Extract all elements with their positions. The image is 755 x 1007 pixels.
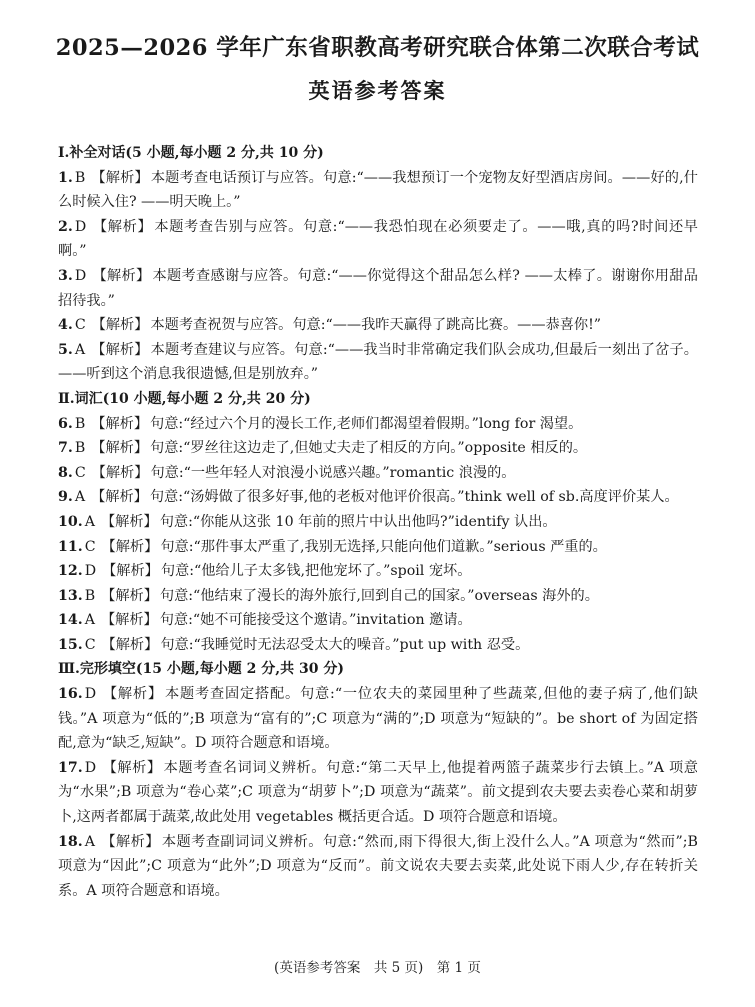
answer-letter: B [75, 416, 85, 432]
analysis-tag: 【解析】 [101, 834, 160, 850]
analysis-tag: 【解析】 [102, 760, 162, 776]
section-vocabulary: Ⅱ.词汇(10 小题,每小题 2 分,共 20 分) 6.B【解析】句意:“经过… [58, 387, 698, 658]
answer-item: 18.A【解析】本题考查副词词义辨析。句意:“然而,雨下得很大,街上没什么人。”… [58, 830, 698, 904]
analysis-text: 本题考查感谢与应答。句意:“——你觉得这个甜品怎么样? ——太棒了。谢谢你用甜品… [58, 268, 698, 309]
analysis-tag: 【解析】 [91, 440, 148, 456]
question-number: 15. [58, 637, 83, 653]
analysis-tag: 【解析】 [91, 416, 148, 432]
analysis-text: 句意:“他给儿子太多钱,把他宠坏了。”spoil 宠坏。 [161, 563, 472, 579]
question-number: 5. [58, 342, 73, 358]
answer-item: 3.D【解析】本题考查感谢与应答。句意:“——你觉得这个甜品怎么样? ——太棒了… [58, 264, 698, 313]
analysis-tag: 【解析】 [102, 637, 159, 653]
answer-item: 9.A【解析】句意:“汤姆做了很多好事,他的老板对他评价很高。”think we… [58, 485, 698, 510]
answer-letter: A [85, 834, 95, 850]
question-number: 17. [58, 760, 83, 776]
analysis-text: 句意:“那件事太严重了,我别无选择,只能向他们道歉。”serious 严重的。 [160, 539, 607, 555]
answer-item: 13.B【解析】句意:“他结束了漫长的海外旅行,回到自己的国家。”oversea… [58, 584, 698, 609]
question-number: 12. [58, 563, 83, 579]
analysis-tag: 【解析】 [102, 563, 159, 579]
document-title: 2025—2026 学年广东省职教高考研究联合体第二次联合考试 [0, 30, 755, 62]
question-number: 3. [58, 268, 73, 284]
analysis-tag: 【解析】 [92, 317, 149, 333]
answer-letter: B [75, 170, 85, 186]
analysis-tag: 【解析】 [91, 342, 149, 358]
answer-letter: A [85, 612, 95, 628]
answer-item: 6.B【解析】句意:“经过六个月的漫长工作,老师们都渴望着假期。”long fo… [58, 412, 698, 437]
answer-letter: B [75, 440, 85, 456]
answer-item: 7.B【解析】句意:“罗丝往这边走了,但她丈夫走了相反的方向。”opposite… [58, 436, 698, 461]
section-heading: Ⅰ.补全对话(5 小题,每小题 2 分,共 10 分) [58, 141, 698, 166]
answer-letter: D [75, 268, 86, 284]
analysis-tag: 【解析】 [101, 612, 158, 628]
answer-item: 17.D【解析】本题考查名词词义辨析。句意:“第二天早上,他提着两篮子蔬菜步行去… [58, 756, 698, 830]
answer-letter: C [85, 539, 96, 555]
section-heading: Ⅲ.完形填空(15 小题,每小题 2 分,共 30 分) [58, 657, 698, 682]
analysis-text: 本题考查电话预订与应答。句意:“——我想预订一个宠物友好型酒店房间。——好的,什… [58, 170, 698, 211]
answer-item: 15.C【解析】句意:“我睡觉时无法忍受太大的噪音。”put up with 忍… [58, 633, 698, 658]
question-number: 7. [58, 440, 73, 456]
section-heading: Ⅱ.词汇(10 小题,每小题 2 分,共 20 分) [58, 387, 698, 412]
answer-letter: A [85, 514, 95, 530]
section-dialogue: Ⅰ.补全对话(5 小题,每小题 2 分,共 10 分) 1.B【解析】本题考查电… [58, 141, 698, 387]
answer-letter: B [85, 588, 95, 604]
analysis-text: 句意:“我睡觉时无法忍受太大的噪音。”put up with 忍受。 [160, 637, 529, 653]
answer-content: Ⅰ.补全对话(5 小题,每小题 2 分,共 10 分) 1.B【解析】本题考查电… [58, 141, 698, 903]
question-number: 4. [58, 317, 73, 333]
analysis-text: 句意:“他结束了漫长的海外旅行,回到自己的国家。”overseas 海外的。 [160, 588, 599, 604]
answer-item: 5.A【解析】本题考查建议与应答。句意:“——我当时非常确定我们队会成功,但最后… [58, 338, 698, 387]
answer-item: 2.D【解析】本题考查告别与应答。句意:“——我恐怕现在必须要走了。——哦,真的… [58, 215, 698, 264]
answer-item: 8.C【解析】句意:“一些年轻人对浪漫小说感兴趣。”romantic 浪漫的。 [58, 461, 698, 486]
analysis-text: 句意:“她不可能接受这个邀请。”invitation 邀请。 [160, 612, 472, 628]
question-number: 16. [58, 686, 83, 702]
question-number: 18. [58, 834, 83, 850]
answer-letter: D [85, 686, 96, 702]
answer-letter: D [75, 219, 86, 235]
question-number: 1. [58, 170, 73, 186]
analysis-tag: 【解析】 [101, 588, 158, 604]
page-footer: (英语参考答案 共 5 页) 第 1 页 [0, 956, 755, 976]
answer-item: 11.C【解析】句意:“那件事太严重了,我别无选择,只能向他们道歉。”serio… [58, 535, 698, 560]
question-number: 6. [58, 416, 73, 432]
answer-item: 12.D【解析】句意:“他给儿子太多钱,把他宠坏了。”spoil 宠坏。 [58, 559, 698, 584]
answer-letter: C [75, 317, 86, 333]
document-subtitle: 英语参考答案 [0, 75, 755, 105]
answer-letter: A [75, 489, 85, 505]
analysis-tag: 【解析】 [91, 170, 149, 186]
analysis-tag: 【解析】 [101, 514, 158, 530]
analysis-text: 本题考查告别与应答。句意:“——我恐怕现在必须要走了。——哦,真的吗?时间还早啊… [58, 219, 698, 260]
question-number: 11. [58, 539, 83, 555]
answer-letter: D [85, 563, 96, 579]
analysis-tag: 【解析】 [91, 489, 148, 505]
answer-item: 1.B【解析】本题考查电话预订与应答。句意:“——我想预订一个宠物友好型酒店房间… [58, 166, 698, 215]
analysis-text: 本题考查建议与应答。句意:“——我当时非常确定我们队会成功,但最后一刻出了岔子。… [58, 342, 698, 383]
question-number: 8. [58, 465, 73, 481]
answer-letter: C [75, 465, 86, 481]
question-number: 10. [58, 514, 83, 530]
analysis-text: 句意:“经过六个月的漫长工作,老师们都渴望着假期。”long for 渴望。 [150, 416, 582, 432]
answer-letter: D [85, 760, 96, 776]
analysis-text: 句意:“一些年轻人对浪漫小说感兴趣。”romantic 浪漫的。 [150, 465, 515, 481]
answer-letter: A [75, 342, 85, 358]
analysis-text: 句意:“汤姆做了很多好事,他的老板对他评价很高。”think well of s… [150, 489, 679, 505]
answer-item: 16.D【解析】本题考查固定搭配。句意:“一位农夫的菜园里种了些蔬菜,但他的妻子… [58, 682, 698, 756]
analysis-tag: 【解析】 [92, 465, 149, 481]
answer-item: 4.C【解析】本题考查祝贺与应答。句意:“——我昨天赢得了跳高比赛。——恭喜你!… [58, 313, 698, 338]
answer-item: 14.A【解析】句意:“她不可能接受这个邀请。”invitation 邀请。 [58, 608, 698, 633]
analysis-tag: 【解析】 [102, 539, 159, 555]
analysis-tag: 【解析】 [102, 686, 163, 702]
analysis-tag: 【解析】 [92, 219, 152, 235]
question-number: 13. [58, 588, 83, 604]
section-cloze: Ⅲ.完形填空(15 小题,每小题 2 分,共 30 分) 16.D【解析】本题考… [58, 657, 698, 903]
analysis-text: 本题考查祝贺与应答。句意:“——我昨天赢得了跳高比赛。——恭喜你!” [150, 317, 601, 333]
question-number: 9. [58, 489, 73, 505]
analysis-tag: 【解析】 [92, 268, 150, 284]
question-number: 14. [58, 612, 83, 628]
analysis-text: 句意:“罗丝往这边走了,但她丈夫走了相反的方向。”opposite 相反的。 [150, 440, 587, 456]
answer-item: 10.A【解析】句意:“你能从这张 10 年前的照片中认出他吗?”identif… [58, 510, 698, 535]
analysis-text: 句意:“你能从这张 10 年前的照片中认出他吗?”identify 认出。 [160, 514, 557, 530]
question-number: 2. [58, 219, 73, 235]
answer-letter: C [85, 637, 96, 653]
